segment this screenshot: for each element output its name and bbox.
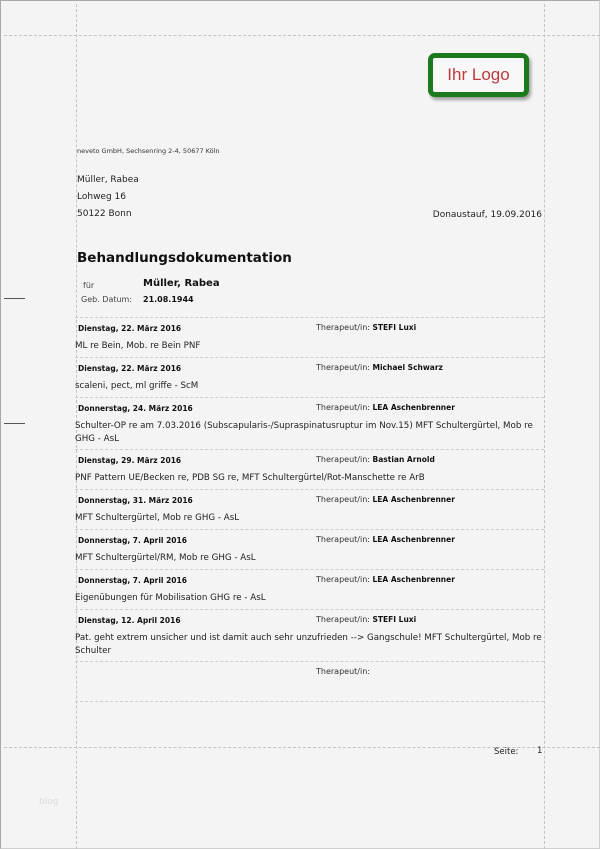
entry-therapist: Therapeut/in: LEA Aschenbrenner xyxy=(316,535,455,544)
entry-note: scaleni, pect, ml griffe - ScM xyxy=(75,380,543,393)
entries-end-line xyxy=(75,701,544,702)
treatment-entry: Dienstag, 29. März 2016Therapeut/in: Bas… xyxy=(75,449,544,489)
punch-mark xyxy=(4,423,25,424)
therapist-name: Bastian Arnold xyxy=(373,455,435,464)
dob-label: Geb. Datum: xyxy=(81,295,132,304)
therapist-label: Therapeut/in: xyxy=(316,667,370,676)
entry-note: Eigenübungen für Mobilisation GHG re - A… xyxy=(75,592,543,605)
entry-therapist: Therapeut/in: Bastian Arnold xyxy=(316,455,435,464)
entry-note: Schulter-OP re am 7.03.2016 (Subscapular… xyxy=(75,420,543,446)
entry-therapist: Therapeut/in: LEA Aschenbrenner xyxy=(316,495,455,504)
watermark: blog xyxy=(39,797,58,807)
page-number: 1 xyxy=(537,746,542,756)
entry-therapist: Therapeut/in: xyxy=(316,667,370,676)
therapist-label: Therapeut/in: xyxy=(316,403,370,412)
recipient-name: Müller, Rabea xyxy=(77,175,139,185)
therapist-name: LEA Aschenbrenner xyxy=(373,495,455,504)
therapist-name: LEA Aschenbrenner xyxy=(373,535,455,544)
place-date: Donaustauf, 19.09.2016 xyxy=(433,210,542,220)
entry-therapist: Therapeut/in: STEFI Luxi xyxy=(316,615,416,624)
entry-note: MFT Schultergürtel/RM, Mob re GHG - AsL xyxy=(75,552,543,565)
treatment-entry: Donnerstag, 7. April 2016Therapeut/in: L… xyxy=(75,569,544,609)
therapist-name: LEA Aschenbrenner xyxy=(373,403,455,412)
entry-note: PNF Pattern UE/Becken re, PDB SG re, MFT… xyxy=(75,472,543,485)
entry-note: ML re Bein, Mob. re Bein PNF xyxy=(75,340,543,353)
treatment-entry: Donnerstag, 24. März 2016Therapeut/in: L… xyxy=(75,397,544,449)
treatment-entry: Therapeut/in: xyxy=(75,661,544,701)
document-title: Behandlungsdokumentation xyxy=(77,250,292,266)
for-label: für xyxy=(83,281,94,290)
recipient-street: Lohweg 16 xyxy=(77,192,126,202)
entry-date: Donnerstag, 7. April 2016 xyxy=(78,576,187,585)
entry-therapist: Therapeut/in: LEA Aschenbrenner xyxy=(316,575,455,584)
treatment-entry: Dienstag, 22. März 2016Therapeut/in: Mic… xyxy=(75,357,544,397)
fold-mark xyxy=(4,298,25,299)
patient-name: Müller, Rabea xyxy=(143,278,220,289)
therapist-name: STEFI Luxi xyxy=(373,615,417,624)
top-margin-guide xyxy=(4,35,600,36)
patient-dob: 21.08.1944 xyxy=(143,295,194,304)
right-margin-guide xyxy=(544,4,545,849)
therapist-name: STEFI Luxi xyxy=(373,323,417,332)
therapist-name: LEA Aschenbrenner xyxy=(373,575,455,584)
therapist-name: Michael Schwarz xyxy=(373,363,443,372)
entry-note: Pat. geht extrem unsicher und ist damit … xyxy=(75,632,543,658)
entry-therapist: Therapeut/in: Michael Schwarz xyxy=(316,363,443,372)
treatment-entry: Donnerstag, 31. März 2016Therapeut/in: L… xyxy=(75,489,544,529)
entry-date: Donnerstag, 24. März 2016 xyxy=(78,404,193,413)
treatment-entry: Donnerstag, 7. April 2016Therapeut/in: L… xyxy=(75,529,544,569)
sender-line: neveto GmbH, Sechsenring 2-4, 50677 Köln xyxy=(77,147,220,155)
therapist-label: Therapeut/in: xyxy=(316,615,370,624)
entry-therapist: Therapeut/in: LEA Aschenbrenner xyxy=(316,403,455,412)
place: Donaustauf, xyxy=(433,210,488,220)
entry-date: Dienstag, 29. März 2016 xyxy=(78,456,181,465)
page-label: Seite: xyxy=(494,747,518,757)
therapist-label: Therapeut/in: xyxy=(316,535,370,544)
entry-date: Donnerstag, 31. März 2016 xyxy=(78,496,193,505)
therapist-label: Therapeut/in: xyxy=(316,495,370,504)
treatment-entry: Dienstag, 12. April 2016Therapeut/in: ST… xyxy=(75,609,544,661)
date: 19.09.2016 xyxy=(490,210,542,220)
logo-placeholder: Ihr Logo xyxy=(428,53,529,97)
logo-text: Ihr Logo xyxy=(447,65,509,85)
entry-date: Dienstag, 12. April 2016 xyxy=(78,616,181,625)
therapist-label: Therapeut/in: xyxy=(316,455,370,464)
therapist-label: Therapeut/in: xyxy=(316,575,370,584)
entry-therapist: Therapeut/in: STEFI Luxi xyxy=(316,323,416,332)
treatment-entry: Dienstag, 22. März 2016Therapeut/in: STE… xyxy=(75,317,544,357)
therapist-label: Therapeut/in: xyxy=(316,323,370,332)
entry-date: Donnerstag, 7. April 2016 xyxy=(78,536,187,545)
recipient-city: 50122 Bonn xyxy=(77,209,132,219)
entry-date: Dienstag, 22. März 2016 xyxy=(78,364,181,373)
entry-date: Dienstag, 22. März 2016 xyxy=(78,324,181,333)
therapist-label: Therapeut/in: xyxy=(316,363,370,372)
entry-note: MFT Schultergürtel, Mob re GHG - AsL xyxy=(75,512,543,525)
treatment-entries: Dienstag, 22. März 2016Therapeut/in: STE… xyxy=(75,317,544,702)
